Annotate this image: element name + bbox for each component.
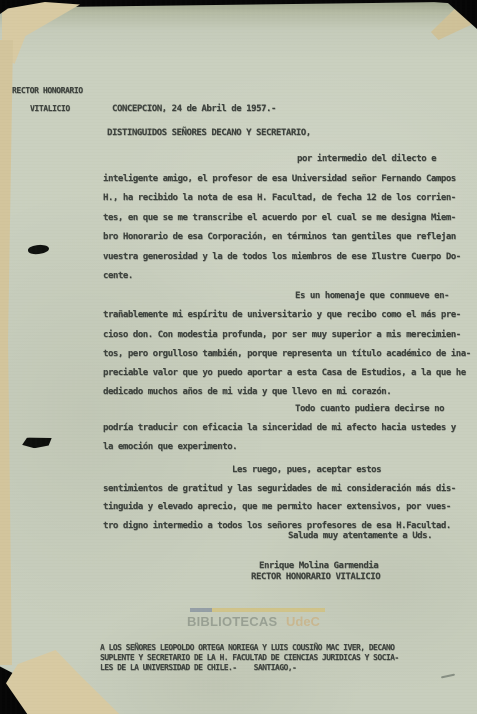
watermark-bar-icon	[190, 608, 325, 612]
addressee-line: SUPLENTE Y SECRETARIO DE LA H. FACULTAD …	[100, 653, 399, 663]
signature-name: Enrique Molina Garmendia	[259, 561, 378, 571]
letter-line: Todo cuanto pudiera decirse no	[103, 400, 475, 419]
scanned-letter-page: RECTOR HONORARIO VITALICIO CONCEPCION, 2…	[0, 0, 477, 714]
letter-line: Es un homenaje que conmueve en-	[103, 287, 475, 306]
letter-line: Les ruego, pues, aceptar estos	[103, 461, 475, 480]
letter-line: podría traducir con eficacia la sincerid…	[103, 419, 475, 438]
watermark-label: BIBLIOTECAS	[187, 614, 277, 629]
watermark-bar-blue-segment	[190, 608, 212, 612]
letter-line: cioso don. Con modestia profunda, por se…	[103, 326, 475, 345]
watermark-suffix: UdeC	[286, 614, 320, 629]
letter-line: tinguida y elevado aprecio, que me permi…	[103, 498, 475, 517]
letter-line: H., ha recibido la nota de esa H. Facult…	[103, 189, 475, 209]
letter-line: trañablemente mi espíritu de universitar…	[103, 306, 475, 325]
letter-line: tes, en que se me transcribe el acuerdo …	[103, 209, 475, 229]
closing-line: Saluda muy atentamente a Uds.	[288, 531, 432, 541]
salutation: DISTINGUIDOS SEÑORES DECANO Y SECRETARIO…	[107, 128, 311, 138]
signature-title: RECTOR HONORARIO VITALICIO	[251, 572, 380, 582]
letter-line: por intermedio del dilecto e	[103, 150, 475, 170]
letter-line: tos, pero orgulloso también, porque repr…	[103, 345, 475, 364]
letterhead-line-2: VITALICIO	[30, 104, 70, 113]
letter-line: la emoción que experimento.	[103, 438, 475, 457]
addressee-note: A LOS SEÑORES LEOPOLDO ORTEGA NORIEGA Y …	[100, 643, 399, 673]
watermark-bar-yellow-segment	[212, 608, 325, 612]
paragraph-3: Todo cuanto pudiera decirse no podría tr…	[103, 400, 475, 458]
letter-line: vuestra generosidad y la de todos los mi…	[103, 248, 475, 268]
paragraph-4: Les ruego, pues, aceptar estos sentimien…	[103, 461, 475, 535]
letter-line: sentimientos de gratitud y las seguridad…	[103, 480, 475, 499]
dateline: CONCEPCION, 24 de Abril de 1957.-	[112, 104, 276, 114]
letter-line: cente.	[103, 267, 475, 287]
letter-line: preciable valor que yo puedo aportar a e…	[103, 364, 475, 383]
letterhead-line-1: RECTOR HONORARIO	[12, 86, 83, 95]
addressee-line: A LOS SEÑORES LEOPOLDO ORTEGA NORIEGA Y …	[100, 643, 399, 653]
paragraph-2: Es un homenaje que conmueve en- trañable…	[103, 287, 475, 403]
letter-line: bro Honorario de esa Corporación, en tér…	[103, 228, 475, 248]
addressee-line: LES DE LA UNIVERSIDAD DE CHILE.- SANTIAG…	[100, 663, 399, 673]
paragraph-1: por intermedio del dilecto e inteligente…	[103, 150, 475, 287]
letter-line: inteligente amigo, el profesor de esa Un…	[103, 170, 475, 190]
